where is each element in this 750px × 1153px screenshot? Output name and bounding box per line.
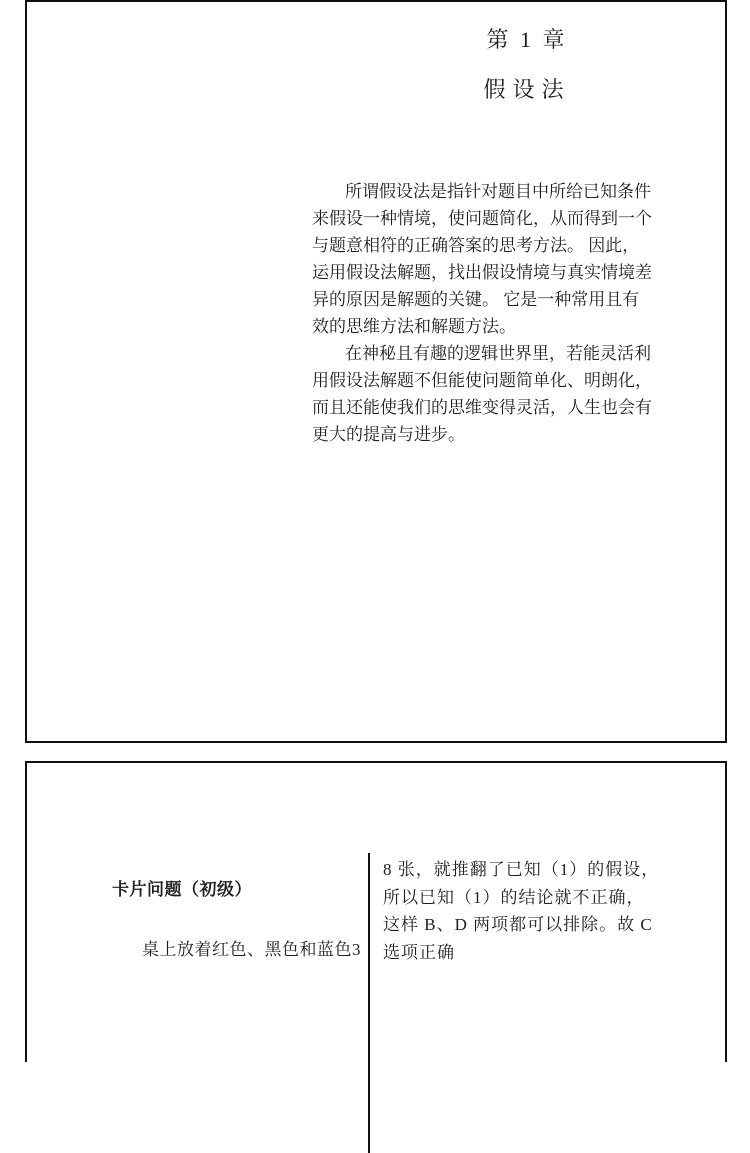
- column-divider-rule: [368, 853, 370, 950]
- body-line: 所谓假设法是指针对题目中所给已知条件: [312, 178, 652, 205]
- section-heading: 卡片问题（初级）: [112, 875, 252, 900]
- chapter-intro-text: 所谓假设法是指针对题目中所给已知条件 来假设一种情境，使问题简化，从而得到一个 …: [312, 178, 652, 448]
- answer-analysis-text: 8 张，就推翻了已知（1）的假设， 所以已知（1）的结论就不正确， 这样 B、D…: [383, 856, 655, 950]
- body-line: 异的原因是解题的关键。 它是一种常用且有: [312, 286, 652, 313]
- body-line: 与题意相符的正确答案的思考方法。 因此，: [312, 232, 652, 259]
- scanned-page-bottom: 卡片问题（初级） 桌上放着红色、黑色和蓝色3 8 张，就推翻了已知（1）的假设，…: [25, 761, 727, 950]
- body-line: 效的思维方法和解题方法。: [312, 313, 652, 340]
- body-line: 在神秘且有趣的逻辑世界里，若能灵活利: [312, 340, 652, 367]
- body-line: 运用假设法解题，找出假设情境与真实情境差: [312, 259, 652, 286]
- answer-line: 这样 B、D 两项都可以排除。故 C: [383, 911, 655, 939]
- chapter-title: 假设法: [387, 73, 667, 104]
- body-line: 更大的提高与进步。: [312, 421, 652, 448]
- scanned-page-top: 第 1 章 假设法 所谓假设法是指针对题目中所给已知条件 来假设一种情境，使问题…: [25, 0, 727, 743]
- answer-line: 8 张，就推翻了已知（1）的假设，: [383, 856, 655, 884]
- problem-text-line: 桌上放着红色、黑色和蓝色3: [142, 935, 361, 950]
- body-line: 用假设法解题不但能使问题简单化、明朗化，: [312, 367, 652, 394]
- answer-line: 选项正确: [383, 939, 655, 951]
- body-line: 来假设一种情境，使问题简化，从而得到一个: [312, 205, 652, 232]
- chapter-number: 第 1 章: [387, 23, 667, 54]
- body-line: 而且还能使我们的思维变得灵活，人生也会有: [312, 394, 652, 421]
- answer-line: 所以已知（1）的结论就不正确，: [383, 884, 655, 912]
